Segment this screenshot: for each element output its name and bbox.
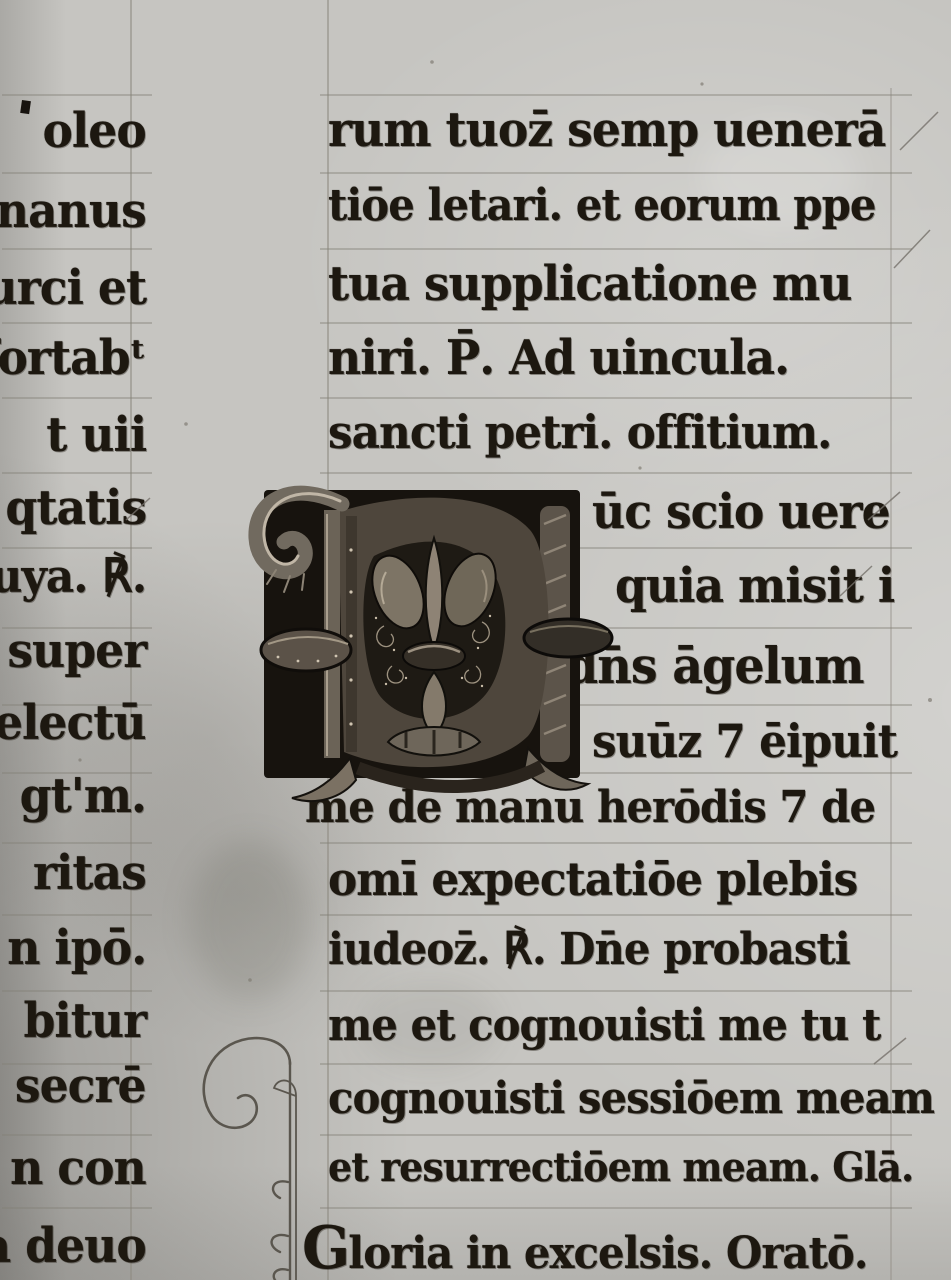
- photo-artifacts: [0, 0, 951, 1280]
- manuscript-page: oleo nanus urci et fortabᵗ t uii qtatis …: [0, 0, 951, 1280]
